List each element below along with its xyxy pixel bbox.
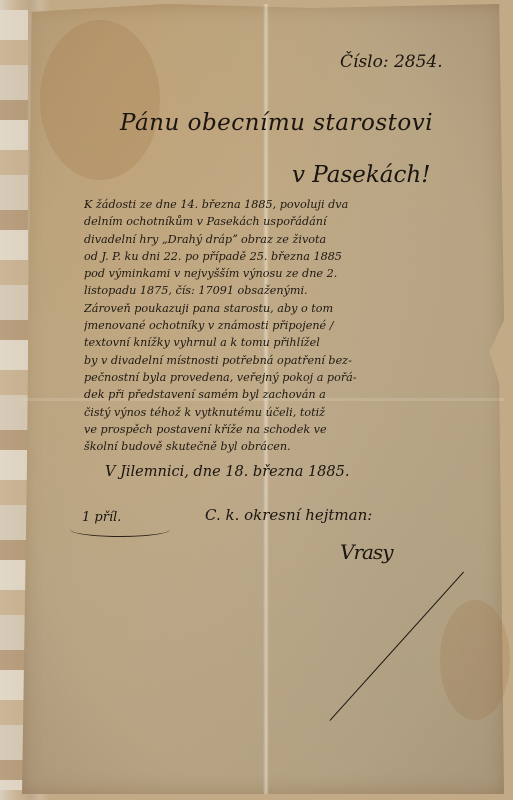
body-line: listopadu 1875, čís: 17091 obsaženými. (84, 282, 504, 299)
body-line: dek při představení samém byl zachován a (84, 386, 504, 403)
body-line: od J. P. ku dni 22. po případě 25. březn… (84, 248, 504, 265)
attachment-flourish (70, 522, 170, 537)
body-line: Zároveň poukazuji pana starostu, aby o t… (84, 300, 504, 317)
letter-body: K žádosti ze dne 14. března 1885, povolu… (84, 196, 504, 455)
body-line: textovní knížky vyhrnul a k tomu přihlíž… (84, 334, 504, 351)
body-line: pod výminkami v nejvyšším výnosu ze dne … (84, 265, 504, 282)
place-and-date: V Jilemnici, dne 18. března 1885. (105, 464, 349, 480)
body-line: školní budově skutečně byl obrácen. (84, 438, 504, 455)
body-line: by v divadelní místnosti potřebná opatře… (84, 352, 504, 369)
signature: Vrasy (340, 540, 393, 564)
paper-stain (40, 20, 160, 180)
paper-stain (440, 600, 510, 720)
addressee-line-1: Pánu obecnímu starostovi (120, 110, 433, 136)
official-title: C. k. okresní hejtman: (205, 506, 372, 524)
body-line: čistý výnos téhož k vytknutému účeli, to… (84, 404, 504, 421)
addressee-line-2: v Pasekách! (292, 162, 430, 188)
body-line: divadelní hry „Drahý drápˮ obraz ze živo… (84, 231, 504, 248)
body-line: K žádosti ze dne 14. března 1885, povolu… (84, 196, 504, 213)
body-line: pečnostní byla provedena, veřejný pokoj … (84, 369, 504, 386)
document-number: Číslo: 2854. (340, 52, 443, 72)
body-line: jmenované ochotníky v známosti připojené… (84, 317, 504, 334)
body-line: ve prospěch postavení kříže na schodek v… (84, 421, 504, 438)
body-line: delním ochotníkům v Pasekách uspořádání (84, 213, 504, 230)
